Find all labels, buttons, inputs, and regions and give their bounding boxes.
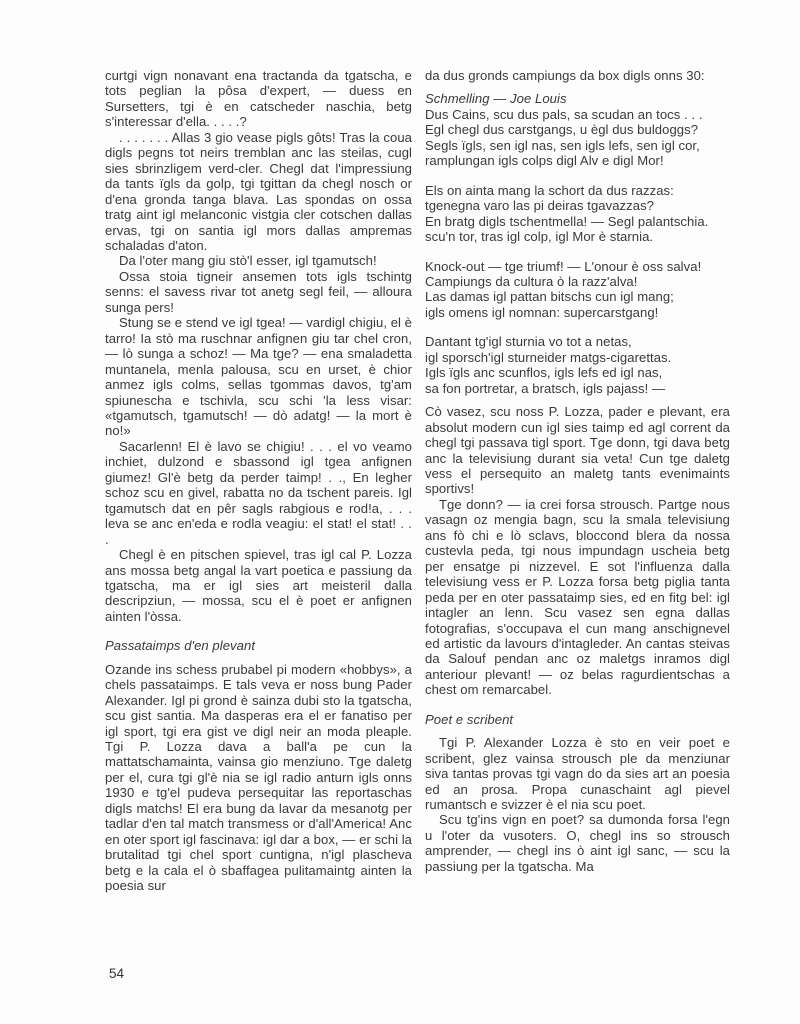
paragraph: Sacarlenn! El è lavo se chigiu! . . . el… xyxy=(105,439,412,547)
poem-stanza: Dus Cains, scu dus pals, sa scudan an to… xyxy=(425,107,730,169)
paragraph: . . . . . . . Allas 3 gio vease pigls gô… xyxy=(105,130,412,254)
spacer xyxy=(425,83,730,91)
left-column: curtgi vign nonavant ena tractanda da tg… xyxy=(105,68,412,894)
poem-line: Dantant tg'igl sturnia vo tot a netas, xyxy=(425,334,730,349)
spacer xyxy=(425,698,730,712)
spacer xyxy=(105,624,412,638)
poem-line: En bratg digls tschentmella! — Segl pala… xyxy=(425,214,730,229)
poem-line: Las damas igl pattan bitschs cun igl man… xyxy=(425,289,730,304)
paragraph: Scu tg'ins vign en poet? sa dumonda fors… xyxy=(425,812,730,874)
paragraph: Ossa stoia tigneir ansemen tots igls tsc… xyxy=(105,269,412,315)
document-page: curtgi vign nonavant ena tractanda da tg… xyxy=(0,0,800,1024)
poem-line: Egl chegl dus carstgangs, u ègl dus buld… xyxy=(425,122,730,137)
spacer xyxy=(105,654,412,662)
poem-stanza: Dantant tg'igl sturnia vo tot a netas, i… xyxy=(425,334,730,396)
paragraph: Ozande ins schess prubabel pi modern «ho… xyxy=(105,662,412,894)
poem-line: igl sporsch'igl sturneider matgs-cigaret… xyxy=(425,350,730,365)
page-number: 54 xyxy=(109,966,124,981)
paragraph: curtgi vign nonavant ena tractanda da tg… xyxy=(105,68,412,130)
poem-line: ramplungan igls colps digl Alv e digl Mo… xyxy=(425,153,730,168)
paragraph: Cò vasez, scu noss P. Lozza, pader e ple… xyxy=(425,404,730,497)
spacer xyxy=(425,169,730,183)
poem-line: sa fon portretar, a bratsch, igls pajass… xyxy=(425,381,730,396)
poem-line: Knock-out — tge triumf! — L'onour è oss … xyxy=(425,259,730,274)
paragraph: Stung se e stend ve igl tgea! — vardigl … xyxy=(105,315,412,439)
spacer xyxy=(425,245,730,259)
spacer xyxy=(425,727,730,735)
poem-line: igls omens igl nomnan: supercarstgang! xyxy=(425,305,730,320)
poem-stanza: Els on ainta mang la schort da dus razza… xyxy=(425,183,730,245)
poem-line: tgenegna varo las pi deiras tgavazzas? xyxy=(425,198,730,213)
paragraph: Da l'oter mang giu stò'l esser, igl tgam… xyxy=(105,253,412,268)
right-column: da dus gronds campiungs da box digls onn… xyxy=(425,68,730,874)
paragraph: Tge donn? — ia crei forsa strousch. Part… xyxy=(425,497,730,698)
paragraph: Chegl è en pitschen spievel, tras igl ca… xyxy=(105,547,412,624)
poem-line: Igls ïgls anc scunflos, igls lefs ed igl… xyxy=(425,365,730,380)
poem-stanza: Knock-out — tge triumf! — L'onour è oss … xyxy=(425,259,730,321)
poem-line: Segls ïgls, sen igl nas, sen igls lefs, … xyxy=(425,138,730,153)
spacer xyxy=(425,396,730,404)
poem-line: Dus Cains, scu dus pals, sa scudan an to… xyxy=(425,107,730,122)
poem-title: Schmelling — Joe Louis xyxy=(425,91,730,106)
section-heading: Passataimps d'en plevant xyxy=(105,638,412,653)
poem-line: scu'n tor, tras igl colp, igl Mor è star… xyxy=(425,229,730,244)
section-heading: Poet e scribent xyxy=(425,712,730,727)
paragraph: da dus gronds campiungs da box digls onn… xyxy=(425,68,730,83)
spacer xyxy=(425,320,730,334)
poem-line: Campiungs da cultura ò la razz'alva! xyxy=(425,274,730,289)
paragraph: Tgi P. Alexander Lozza è sto en veir poe… xyxy=(425,735,730,812)
poem-line: Els on ainta mang la schort da dus razza… xyxy=(425,183,730,198)
